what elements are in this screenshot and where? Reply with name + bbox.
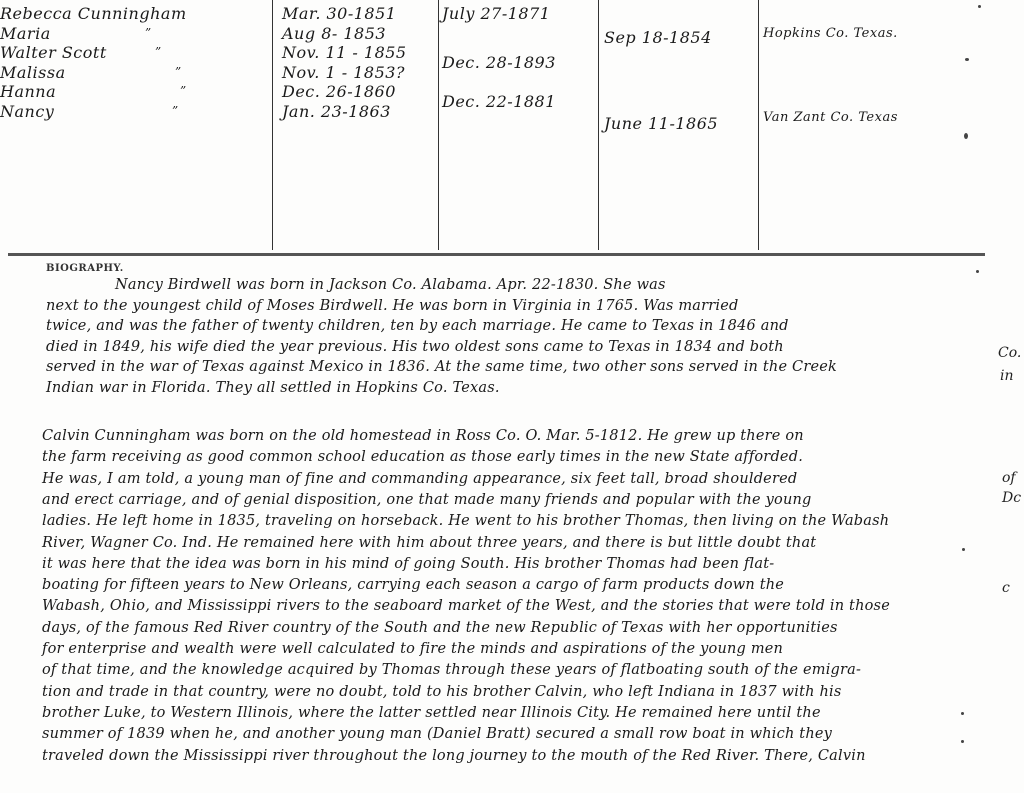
death-date: June 11-1865 — [604, 114, 718, 134]
biography-line: traveled down the Mississippi river thro… — [42, 746, 866, 766]
biography-line: for enterprise and wealth were well calc… — [42, 639, 783, 659]
ditto-mark: ” — [180, 84, 186, 98]
biography-line: twice, and was the father of twenty chil… — [46, 316, 789, 336]
scan-speck — [976, 270, 979, 273]
margin-note: Co. — [998, 345, 1021, 361]
scan-speck — [965, 58, 969, 61]
margin-note: c — [1002, 580, 1010, 596]
marriage-date: Dec. 22-1881 — [442, 92, 556, 112]
marriage-date: Dec. 28-1893 — [442, 53, 556, 73]
biography-line: and erect carriage, and of genial dispos… — [42, 490, 812, 510]
place: Hopkins Co. Texas. — [763, 24, 898, 44]
biography-line: Wabash, Ohio, and Mississippi rivers to … — [42, 596, 890, 616]
biography-line: tion and trade in that country, were no … — [42, 682, 842, 702]
biography-line: He was, I am told, a young man of fine a… — [42, 469, 797, 489]
margin-note: in — [1000, 368, 1014, 384]
child-name: Walter Scott — [0, 43, 107, 63]
birth-date: Mar. 30-1851 — [282, 4, 396, 24]
family-table: Rebecca CunninghamMaria”Walter Scott”Mal… — [0, 0, 985, 256]
biography-line: died in 1849, his wife died the year pre… — [46, 337, 784, 357]
margin-note: Dc — [1002, 490, 1021, 506]
biography-line: ladies. He left home in 1835, traveling … — [42, 511, 889, 531]
scan-speck — [978, 5, 981, 8]
birth-date: Nov. 11 - 1855 — [282, 43, 407, 63]
biography-line: boating for fifteen years to New Orleans… — [42, 575, 784, 595]
biography-line: Indian war in Florida. They all settled … — [46, 378, 500, 398]
scan-speck — [961, 712, 964, 715]
child-name: Malissa — [0, 63, 66, 83]
biography-line: of that time, and the knowledge acquired… — [42, 660, 861, 680]
child-name: Maria — [0, 24, 51, 44]
ditto-mark: ” — [175, 65, 181, 79]
biography-line: next to the youngest child of Moses Bird… — [46, 296, 739, 316]
child-name: Nancy — [0, 102, 54, 122]
biography-label: BIOGRAPHY. — [46, 263, 124, 274]
child-name: Rebecca Cunningham — [0, 4, 187, 24]
biography-line: days, of the famous Red River country of… — [42, 618, 838, 638]
biography-line: Nancy Birdwell was born in Jackson Co. A… — [115, 275, 666, 295]
child-name: Hanna — [0, 82, 56, 102]
ditto-mark: ” — [172, 104, 178, 118]
column-divider — [438, 0, 439, 250]
biography-line: River, Wagner Co. Ind. He remained here … — [42, 533, 816, 553]
ditto-mark: ” — [155, 45, 161, 59]
table-bottom-rule — [8, 253, 985, 256]
death-date: Sep 18-1854 — [604, 28, 712, 48]
scan-speck — [962, 548, 965, 551]
column-divider — [598, 0, 599, 250]
biography-line: summer of 1839 when he, and another youn… — [42, 724, 832, 744]
scan-speck — [964, 133, 968, 139]
margin-note: of — [1002, 470, 1016, 486]
birth-date: Jan. 23-1863 — [282, 102, 391, 122]
place: Van Zant Co. Texas — [763, 108, 898, 128]
birth-date: Dec. 26-1860 — [282, 82, 396, 102]
biography-line: brother Luke, to Western Illinois, where… — [42, 703, 821, 723]
marriage-date: July 27-1871 — [442, 4, 550, 24]
biography-line: served in the war of Texas against Mexic… — [46, 357, 837, 377]
ditto-mark: ” — [145, 26, 151, 40]
biography-line: the farm receiving as good common school… — [42, 447, 803, 467]
biography-line: it was here that the idea was born in hi… — [42, 554, 774, 574]
column-divider — [272, 0, 273, 250]
birth-date: Aug 8- 1853 — [282, 24, 386, 44]
column-divider — [758, 0, 759, 250]
biography-line: Calvin Cunningham was born on the old ho… — [42, 426, 804, 446]
document-page: Rebecca CunninghamMaria”Walter Scott”Mal… — [0, 0, 1024, 793]
birth-date: Nov. 1 - 1853? — [282, 63, 405, 83]
scan-speck — [961, 740, 964, 743]
